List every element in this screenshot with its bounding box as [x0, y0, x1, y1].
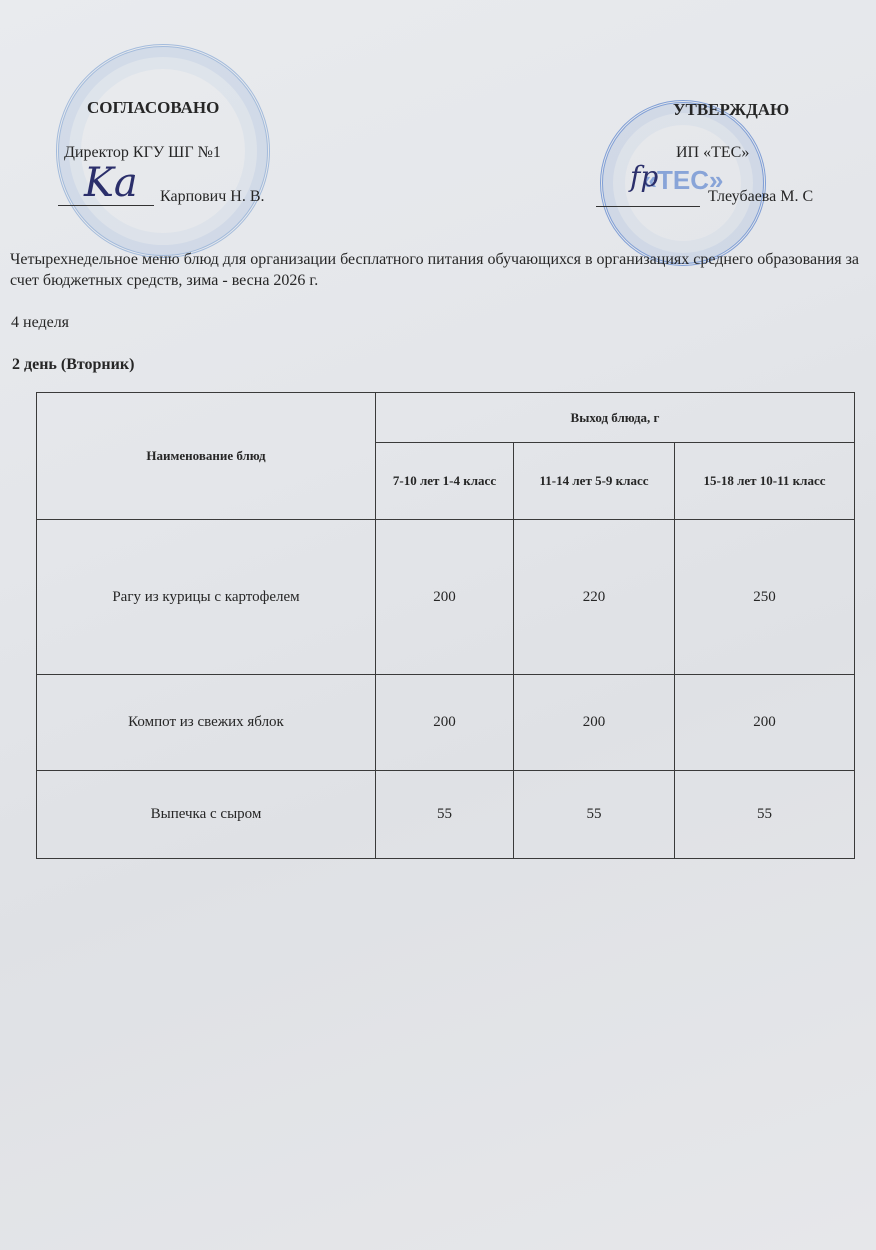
portion-value: 200	[675, 675, 855, 771]
portion-value: 220	[514, 520, 675, 675]
portion-value: 55	[514, 771, 675, 859]
confirm-title: УТВЕРЖДАЮ	[673, 100, 789, 120]
approved-title: СОГЛАСОВАНО	[87, 98, 219, 118]
portion-value: 55	[376, 771, 514, 859]
signature-line-right	[596, 206, 700, 207]
dish-name: Выпечка с сыром	[37, 771, 376, 859]
portion-value: 200	[376, 520, 514, 675]
dish-name-header: Наименование блюд	[37, 393, 376, 520]
signature-left: Ka	[84, 160, 138, 206]
table-row: Рагу из курицы с картофелем 200 220 250	[37, 520, 855, 675]
company-stamp: «ТЕС»	[600, 100, 766, 266]
approved-name: Карпович Н. В.	[160, 188, 265, 206]
age-group-header: 15-18 лет 10-11 класс	[675, 443, 855, 520]
confirm-organization: ИП «ТЕС»	[676, 144, 749, 162]
day-label: 2 день (Вторник)	[12, 356, 134, 374]
confirm-name: Тлеубаева М. С	[708, 188, 813, 206]
portion-value: 200	[376, 675, 514, 771]
menu-table: Наименование блюд Выход блюда, г 7-10 ле…	[36, 392, 855, 859]
portion-value: 200	[514, 675, 675, 771]
portion-value: 55	[675, 771, 855, 859]
portion-value: 250	[675, 520, 855, 675]
week-label: 4 неделя	[11, 314, 69, 332]
document-description: Четырехнедельное меню блюд для организац…	[10, 249, 860, 291]
age-group-header: 11-14 лет 5-9 класс	[514, 443, 675, 520]
table-row: Компот из свежих яблок 200 200 200	[37, 675, 855, 771]
age-group-header: 7-10 лет 1-4 класс	[376, 443, 514, 520]
yield-header: Выход блюда, г	[376, 393, 855, 443]
dish-name: Компот из свежих яблок	[37, 675, 376, 771]
table-row: Выпечка с сыром 55 55 55	[37, 771, 855, 859]
dish-name: Рагу из курицы с картофелем	[37, 520, 376, 675]
signature-right: fp	[630, 160, 658, 193]
